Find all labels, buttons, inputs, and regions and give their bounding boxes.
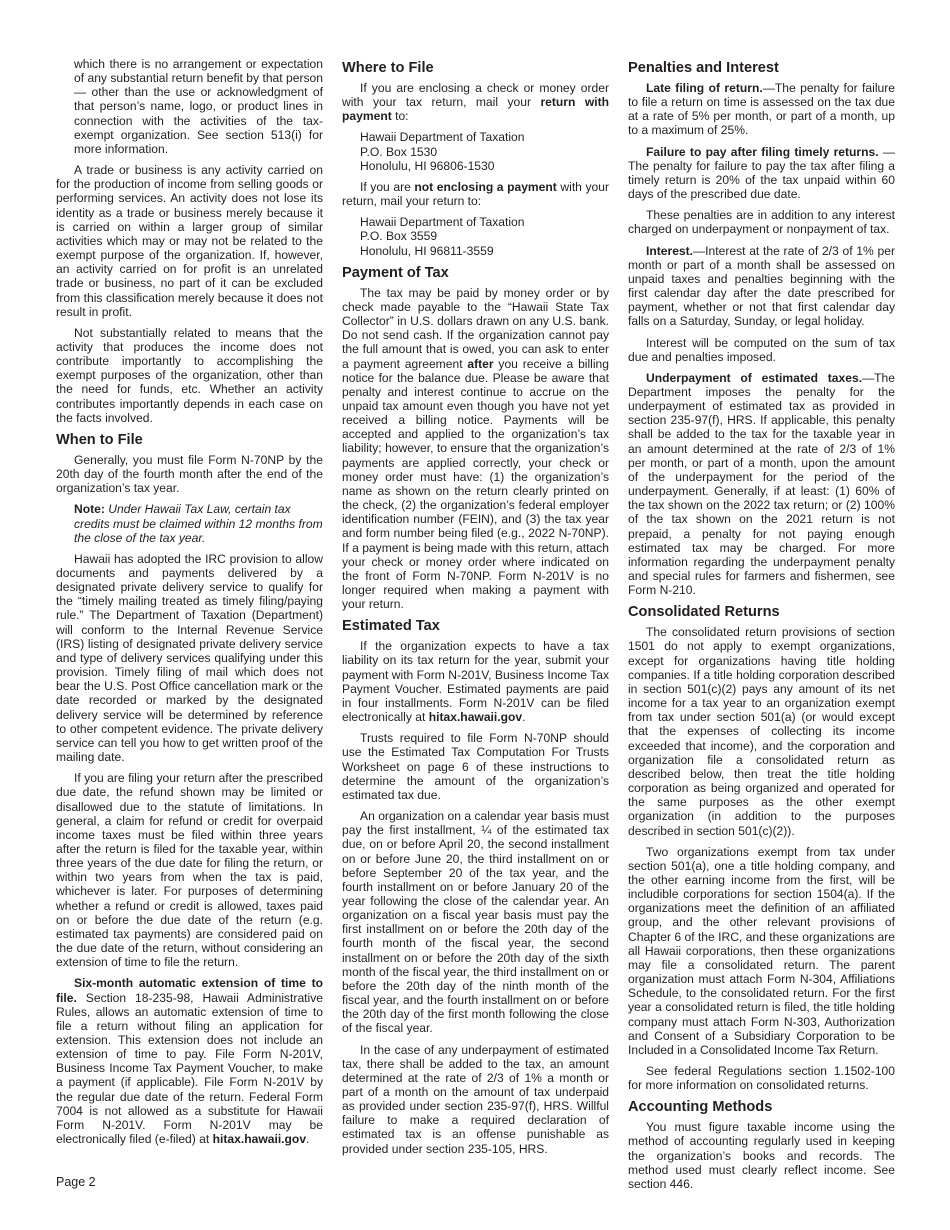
heading-consolidated-returns: Consolidated Returns (628, 604, 895, 621)
paragraph-private-delivery: Hawaii has adopted the IRC provision to … (56, 552, 323, 764)
paragraph-extension: Six-month automatic extension of time to… (56, 976, 323, 1146)
heading-estimated-tax: Estimated Tax (342, 618, 609, 635)
note-label: Note: (74, 502, 105, 516)
paragraph-consolidated-3: See federal Regulations section 1.1502-1… (628, 1064, 895, 1092)
paragraph-estimated-tax-voucher: If the organization expects to have a ta… (342, 639, 609, 724)
paragraph-when-to-file: Generally, you must file Form N-70NP by … (56, 453, 323, 495)
paragraph-consolidated-1: The consolidated return provisions of se… (628, 625, 895, 837)
column-middle: Where to File If you are enclosing a che… (342, 57, 609, 1163)
address-with-payment: Hawaii Department of Taxation P.O. Box 1… (342, 130, 609, 172)
paragraph-sponsorship-continued: which there is no arrangement or expecta… (56, 57, 323, 156)
address-without-payment: Hawaii Department of Taxation P.O. Box 3… (342, 215, 609, 257)
note-tax-credits: Note: Under Hawaii Tax Law, certain tax … (56, 502, 323, 544)
paragraph-with-payment: If you are enclosing a check or money or… (342, 81, 609, 123)
hitax-link[interactable]: hitax.hawaii.gov (429, 710, 522, 724)
paragraph-without-payment: If you are not enclosing a payment with … (342, 180, 609, 208)
paragraph-failure-to-pay: Failure to pay after filing timely retur… (628, 145, 895, 202)
column-left: which there is no arrangement or expecta… (56, 57, 323, 1153)
column-right: Penalties and Interest Late filing of re… (628, 57, 895, 1198)
paragraph-installments: An organization on a calendar year basis… (342, 809, 609, 1036)
heading-when-to-file: When to File (56, 432, 323, 449)
heading-where-to-file: Where to File (342, 60, 609, 77)
heading-payment-of-tax: Payment of Tax (342, 265, 609, 282)
paragraph-payment-of-tax: The tax may be paid by money order or by… (342, 286, 609, 612)
paragraph-late-refund: If you are filing your return after the … (56, 771, 323, 969)
paragraph-not-substantially-related: Not substantially related to means that … (56, 326, 323, 425)
paragraph-penalties-addition: These penalties are in addition to any i… (628, 208, 895, 236)
paragraph-trusts: Trusts required to file Form N-70NP shou… (342, 731, 609, 802)
page-number: Page 2 (56, 1175, 96, 1189)
paragraph-late-filing: Late filing of return.—The penalty for f… (628, 81, 895, 138)
heading-accounting-methods: Accounting Methods (628, 1099, 895, 1116)
paragraph-interest: Interest.—Interest at the rate of 2/3 of… (628, 244, 895, 329)
paragraph-underpayment: In the case of any underpayment of estim… (342, 1043, 609, 1156)
heading-penalties-interest: Penalties and Interest (628, 60, 895, 77)
note-text: Under Hawaii Tax Law, certain tax credit… (74, 502, 323, 544)
paragraph-trade-or-business: A trade or business is any activity carr… (56, 163, 323, 319)
paragraph-accounting: You must figure taxable income using the… (628, 1120, 895, 1191)
paragraph-consolidated-2: Two organizations exempt from tax under … (628, 845, 895, 1057)
paragraph-underpayment-estimated: Underpayment of estimated taxes.—The Dep… (628, 371, 895, 598)
paragraph-interest-computed: Interest will be computed on the sum of … (628, 336, 895, 364)
hitax-link[interactable]: hitax.hawaii.gov (213, 1132, 306, 1146)
